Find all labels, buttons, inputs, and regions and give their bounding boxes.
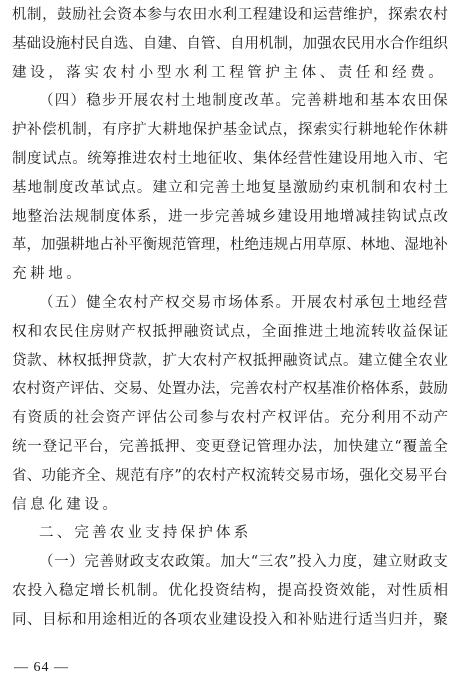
char: 包 bbox=[370, 292, 385, 314]
char: 强 bbox=[56, 234, 71, 256]
char: 抵 bbox=[152, 321, 167, 343]
char: 施 bbox=[56, 33, 71, 55]
char: 础 bbox=[27, 33, 42, 55]
char: 改 bbox=[244, 90, 259, 112]
char: 办 bbox=[186, 378, 201, 400]
char: ， bbox=[283, 119, 298, 141]
char: 农 bbox=[43, 321, 58, 343]
text-line: 制度试点。统筹推进农村土地征收、集体经营性建设用地入市、宅 bbox=[12, 148, 448, 177]
text-line: 革，加强耕地占补平衡规范管理，杜绝违规占用草原、林地、湿地补 bbox=[12, 234, 448, 263]
char: ） bbox=[69, 551, 84, 573]
char: 标 bbox=[57, 609, 72, 631]
char: 革 bbox=[260, 90, 275, 112]
char: 范 bbox=[130, 465, 145, 487]
char: 社 bbox=[87, 4, 102, 26]
char: 设 bbox=[293, 206, 308, 228]
char: 农 bbox=[402, 90, 417, 112]
char: 用 bbox=[87, 609, 102, 631]
char: 台 bbox=[433, 465, 448, 487]
line-7: 地整治法规制度体系，进一步完善城乡建设用地增减挂钩试点改 bbox=[12, 206, 448, 228]
char: 用 bbox=[358, 148, 373, 170]
char: 融 bbox=[184, 321, 199, 343]
char: 善 bbox=[134, 436, 149, 458]
char: 权 bbox=[12, 321, 27, 343]
char: 省 bbox=[12, 465, 27, 487]
char: 鼓 bbox=[57, 4, 72, 26]
char: 会 bbox=[90, 407, 105, 429]
char: 立 bbox=[388, 551, 403, 573]
char: 。 bbox=[343, 350, 358, 372]
char: 分 bbox=[355, 407, 370, 429]
char: 长 bbox=[106, 580, 121, 602]
char: 筹 bbox=[102, 148, 117, 170]
char: 机 bbox=[57, 119, 72, 141]
char: 度 bbox=[27, 148, 42, 170]
section-paragraph-start: （四）稳步开展农村土地制度改革。完善耕地和基本农田保 bbox=[12, 90, 448, 119]
char: ” bbox=[289, 551, 296, 573]
char: 系 bbox=[390, 378, 405, 400]
char: 民 bbox=[59, 321, 74, 343]
char: 序 bbox=[117, 119, 132, 141]
char: 转 bbox=[271, 465, 286, 487]
char: 。 bbox=[275, 292, 290, 314]
char: 财 bbox=[115, 551, 130, 573]
char: 土 bbox=[386, 292, 401, 314]
char: 自 bbox=[186, 33, 201, 55]
char: 补 bbox=[298, 609, 313, 631]
char: ， bbox=[152, 206, 167, 228]
char: 途 bbox=[102, 609, 117, 631]
char: 公 bbox=[168, 407, 183, 429]
char: 基 bbox=[317, 378, 332, 400]
char: ， bbox=[404, 378, 419, 400]
char: 能 bbox=[355, 580, 370, 602]
char: 农 bbox=[160, 551, 175, 573]
char: 评 bbox=[137, 407, 152, 429]
char: 合 bbox=[390, 33, 405, 55]
char: 资 bbox=[117, 4, 132, 26]
char: 点 bbox=[268, 119, 283, 141]
char: 款 bbox=[27, 350, 42, 372]
section-heading: 二、完善农业支持保护体系 bbox=[12, 522, 448, 551]
char: 产 bbox=[288, 378, 303, 400]
char: ， bbox=[87, 119, 102, 141]
char: 点 bbox=[231, 321, 246, 343]
char: 管 bbox=[186, 234, 201, 256]
char: 用 bbox=[303, 234, 318, 256]
char: 违 bbox=[259, 234, 274, 256]
char: 提 bbox=[277, 580, 292, 602]
char: 用 bbox=[245, 33, 260, 55]
char: ， bbox=[262, 580, 277, 602]
char: 产 bbox=[223, 350, 238, 372]
char: 的 bbox=[147, 609, 162, 631]
line-8: 革，加强耕地占补平衡规范管理，杜绝违规占用草原、林地、湿地补 bbox=[12, 234, 448, 256]
char: 产 bbox=[226, 465, 241, 487]
char: 押 bbox=[268, 350, 283, 372]
char: 制 bbox=[137, 580, 152, 602]
char: ， bbox=[318, 436, 333, 458]
char: 健 bbox=[86, 292, 101, 314]
char: 齐 bbox=[71, 465, 86, 487]
char: 入 bbox=[388, 148, 403, 170]
char: 抵 bbox=[150, 436, 165, 458]
char: 用 bbox=[387, 407, 402, 429]
char: ， bbox=[147, 350, 162, 372]
char: 行 bbox=[343, 119, 358, 141]
char: 、 bbox=[27, 609, 42, 631]
char: 易 bbox=[197, 292, 212, 314]
char: 变 bbox=[196, 436, 211, 458]
char: 易 bbox=[300, 465, 315, 487]
line-18: 二、完善农业支持保护体系 bbox=[39, 525, 251, 541]
char: 进 bbox=[328, 609, 343, 631]
char: 村 bbox=[162, 148, 177, 170]
char: 全 bbox=[403, 350, 418, 372]
char: 林 bbox=[57, 350, 72, 372]
char: 钩 bbox=[387, 206, 402, 228]
char: 一 bbox=[184, 206, 199, 228]
char: 工 bbox=[238, 4, 253, 26]
char: 革 bbox=[12, 234, 27, 256]
char: 耕 bbox=[70, 234, 85, 256]
char: 全 bbox=[102, 292, 117, 314]
char: 稳 bbox=[86, 90, 101, 112]
char: 、 bbox=[418, 148, 433, 170]
char: 有 bbox=[12, 407, 27, 429]
char: 机 bbox=[121, 580, 136, 602]
char: 动 bbox=[418, 407, 433, 429]
char: 盖 bbox=[418, 436, 433, 458]
char: 、 bbox=[27, 465, 42, 487]
char: 补 bbox=[433, 234, 448, 256]
line-11: 权和农民住房财产权抵押融资试点，全面推进土地流转收益保证 bbox=[12, 321, 448, 343]
char: 相 bbox=[433, 580, 448, 602]
char: （ bbox=[39, 292, 54, 314]
char: 城 bbox=[246, 206, 261, 228]
char: 善 bbox=[215, 177, 230, 199]
char: 本 bbox=[132, 4, 147, 26]
char: 管 bbox=[257, 436, 272, 458]
char: 产 bbox=[433, 407, 448, 429]
char: 并 bbox=[403, 609, 418, 631]
char: 步 bbox=[102, 90, 117, 112]
char: 制 bbox=[212, 90, 227, 112]
char: 林 bbox=[361, 234, 376, 256]
line-15: 统一登记平台，完善抵押、变更登记管理办法，加快建立“覆盖全 bbox=[12, 436, 448, 458]
char: 经 bbox=[283, 148, 298, 170]
char: 流 bbox=[355, 321, 370, 343]
char: 基 bbox=[12, 33, 27, 55]
char: 体 bbox=[375, 378, 390, 400]
char: 征 bbox=[208, 148, 223, 170]
char: 财 bbox=[106, 321, 121, 343]
char: ， bbox=[215, 378, 230, 400]
char: 开 bbox=[118, 90, 133, 112]
char: 大 bbox=[178, 350, 193, 372]
char: 村 bbox=[165, 90, 180, 112]
char: 支 bbox=[145, 551, 160, 573]
text-line: 贷款、林权抵押贷款，扩大农村产权抵押融资试点。建立健全农业 bbox=[12, 350, 448, 379]
char: 、 bbox=[99, 378, 114, 400]
char: 加 bbox=[41, 234, 56, 256]
char: 步 bbox=[199, 206, 214, 228]
char: 记 bbox=[58, 436, 73, 458]
char: 实 bbox=[328, 119, 343, 141]
char: 交 bbox=[389, 465, 404, 487]
char: 各 bbox=[162, 609, 177, 631]
char: 不 bbox=[402, 407, 417, 429]
char: 三 bbox=[259, 551, 274, 573]
char: 建 bbox=[364, 436, 379, 458]
text-line: 农投入稳定增长机制。优化投资结构，提高投资效能，对性质相 bbox=[12, 580, 448, 609]
char: 平 bbox=[418, 465, 433, 487]
char: 扩 bbox=[132, 119, 147, 141]
char: 设 bbox=[41, 33, 56, 55]
char: 点 bbox=[57, 148, 72, 170]
char: ， bbox=[373, 4, 388, 26]
char: 立 bbox=[373, 350, 388, 372]
char: 民 bbox=[346, 33, 361, 55]
char: 化 bbox=[374, 465, 389, 487]
char: 地 bbox=[197, 90, 212, 112]
char: 收 bbox=[223, 148, 238, 170]
char: 近 bbox=[132, 609, 147, 631]
line-13: 农村资产评估、交易、处置办法，完善农村产权基准价格体系，鼓励 bbox=[12, 378, 448, 400]
char: 村 bbox=[418, 177, 433, 199]
char: 试 bbox=[313, 350, 328, 372]
char: 村 bbox=[70, 33, 85, 55]
text-line: 省、功能齐全、规范有序”的农村产权流转交易市场，强化交易平台 bbox=[12, 465, 448, 494]
char: 统 bbox=[12, 436, 27, 458]
char: 法 bbox=[201, 378, 216, 400]
char: 地 bbox=[28, 177, 43, 199]
char: 交 bbox=[285, 465, 300, 487]
char: 农 bbox=[323, 292, 338, 314]
char: 农 bbox=[332, 33, 347, 55]
char: 立 bbox=[168, 177, 183, 199]
char: 化 bbox=[184, 580, 199, 602]
char: 村 bbox=[246, 407, 261, 429]
char: 收 bbox=[387, 321, 402, 343]
line-10: （五）健全农村产权交易市场体系。开展农村承包土地经营 bbox=[39, 292, 448, 314]
line-1: 基础设施村民自选、自建、自管、自用机制，加强农民用水合作组织 bbox=[12, 33, 448, 55]
char: 耕 bbox=[323, 90, 338, 112]
char: 功 bbox=[42, 465, 57, 487]
char: 作 bbox=[404, 33, 419, 55]
char: ， bbox=[104, 436, 119, 458]
char: 力 bbox=[327, 551, 342, 573]
char: 地 bbox=[193, 148, 208, 170]
char: 励 bbox=[309, 177, 324, 199]
char: 村 bbox=[27, 378, 42, 400]
char: 产 bbox=[121, 321, 136, 343]
char: 平 bbox=[73, 436, 88, 458]
line-20: 农投入稳定增长机制。优化投资结构，提高投资效能，对性质相 bbox=[12, 580, 448, 602]
char: 款 bbox=[132, 350, 147, 372]
char: 建 bbox=[277, 206, 292, 228]
char: 村 bbox=[274, 378, 289, 400]
char: 农 bbox=[178, 4, 193, 26]
char: 试 bbox=[215, 321, 230, 343]
char: 地 bbox=[85, 234, 100, 256]
char: 进 bbox=[132, 148, 147, 170]
char: 产 bbox=[56, 378, 71, 400]
char: 建 bbox=[358, 350, 373, 372]
char: 同 bbox=[12, 609, 27, 631]
char: 全 bbox=[86, 465, 101, 487]
char: 资 bbox=[324, 580, 339, 602]
char: 整 bbox=[28, 206, 43, 228]
char: 利 bbox=[371, 407, 386, 429]
char: 与 bbox=[215, 407, 230, 429]
char: 估 bbox=[309, 407, 324, 429]
char: 投 bbox=[253, 609, 268, 631]
char: 登 bbox=[226, 436, 241, 458]
char: 约 bbox=[324, 177, 339, 199]
char: 耕 bbox=[433, 119, 448, 141]
char: 保 bbox=[433, 90, 448, 112]
char: 性 bbox=[313, 148, 328, 170]
char: 增 bbox=[340, 206, 355, 228]
char: 点 bbox=[418, 206, 433, 228]
char: 农 bbox=[12, 580, 27, 602]
char: 推 bbox=[117, 148, 132, 170]
char: 绝 bbox=[245, 234, 260, 256]
line-6: 基地制度改革试点。建立和完善土地复垦激励约束机制和农村土 bbox=[12, 177, 448, 199]
char: 轮 bbox=[388, 119, 403, 141]
char: ， bbox=[418, 609, 433, 631]
char: 、 bbox=[390, 234, 405, 256]
char: 充 bbox=[340, 407, 355, 429]
char: 程 bbox=[253, 4, 268, 26]
char: 推 bbox=[293, 321, 308, 343]
char: 融 bbox=[283, 350, 298, 372]
char: 聚 bbox=[433, 609, 448, 631]
char: 设 bbox=[343, 148, 358, 170]
char: ， bbox=[27, 234, 42, 256]
char: 护 bbox=[358, 4, 373, 26]
char: 革 bbox=[90, 177, 105, 199]
char: 保 bbox=[418, 321, 433, 343]
char: 抵 bbox=[253, 350, 268, 372]
char: 一 bbox=[27, 436, 42, 458]
line-9: 充耕地。 bbox=[12, 266, 84, 282]
char: 理 bbox=[272, 436, 287, 458]
char: 质 bbox=[418, 580, 433, 602]
char: 政 bbox=[418, 551, 433, 573]
char: 进 bbox=[168, 206, 183, 228]
char: 估 bbox=[85, 378, 100, 400]
char: 民 bbox=[85, 33, 100, 55]
char: 村 bbox=[212, 465, 227, 487]
char: 加 bbox=[303, 33, 318, 55]
char: 自 bbox=[143, 33, 158, 55]
char: 优 bbox=[168, 580, 183, 602]
char: 。 bbox=[152, 580, 167, 602]
char: 房 bbox=[90, 321, 105, 343]
char: 设 bbox=[238, 609, 253, 631]
char: 有 bbox=[102, 119, 117, 141]
char: 业 bbox=[208, 609, 223, 631]
char: 产 bbox=[121, 407, 136, 429]
char: 面 bbox=[277, 321, 292, 343]
char: 制 bbox=[43, 177, 58, 199]
char: 和 bbox=[28, 321, 43, 343]
text-line: 有资质的社会资产评估公司参与农村产权评估。充分利用不动产 bbox=[12, 407, 448, 436]
char: 一 bbox=[54, 551, 69, 573]
char: 益 bbox=[402, 321, 417, 343]
char: 覆 bbox=[403, 436, 418, 458]
char: 偿 bbox=[42, 119, 57, 141]
char: 快 bbox=[349, 436, 364, 458]
char: 垦 bbox=[277, 177, 292, 199]
char: 扩 bbox=[162, 350, 177, 372]
char: 村 bbox=[433, 4, 448, 26]
char: 运 bbox=[313, 4, 328, 26]
char: 规 bbox=[274, 234, 289, 256]
char: 点 bbox=[121, 177, 136, 199]
char: 耕 bbox=[358, 119, 373, 141]
char: 资 bbox=[199, 321, 214, 343]
char: 地 bbox=[324, 206, 339, 228]
char: 试 bbox=[42, 148, 57, 170]
char: 村 bbox=[208, 350, 223, 372]
char: 制 bbox=[72, 119, 87, 141]
char: 增 bbox=[90, 580, 105, 602]
char: 范 bbox=[172, 234, 187, 256]
char: 的 bbox=[182, 465, 197, 487]
char: 投 bbox=[28, 580, 43, 602]
char: 支 bbox=[433, 551, 448, 573]
char: 和 bbox=[283, 609, 298, 631]
char: 资 bbox=[298, 350, 313, 372]
text-line: 地整治法规制度体系，进一步完善城乡建设用地增减挂钩试点改 bbox=[12, 206, 448, 235]
char: 建 bbox=[373, 551, 388, 573]
char: 农 bbox=[274, 551, 289, 573]
char: 地 bbox=[246, 177, 261, 199]
char: 归 bbox=[388, 609, 403, 631]
char: 规 bbox=[115, 465, 130, 487]
char: 更 bbox=[211, 436, 226, 458]
char: 入 bbox=[312, 551, 327, 573]
char: 体 bbox=[268, 148, 283, 170]
char: 基 bbox=[12, 177, 27, 199]
char: 资 bbox=[215, 580, 230, 602]
char: 休 bbox=[418, 119, 433, 141]
char: 地 bbox=[375, 234, 390, 256]
char: 投 bbox=[297, 551, 312, 573]
char: 投 bbox=[199, 580, 214, 602]
char: 善 bbox=[231, 206, 246, 228]
char: 体 bbox=[121, 206, 136, 228]
char: 维 bbox=[343, 4, 358, 26]
char: 展 bbox=[307, 292, 322, 314]
char: 自 bbox=[230, 33, 245, 55]
char: 用 bbox=[309, 206, 324, 228]
text-line: 权和农民住房财产权抵押融资试点，全面推进土地流转收益保证 bbox=[12, 321, 448, 350]
char: 和 bbox=[387, 177, 402, 199]
char: 护 bbox=[12, 119, 27, 141]
line-0: 机制，鼓励社会资本参与农田水利工程建设和运营维护，探索农村 bbox=[12, 4, 448, 26]
char: 对 bbox=[387, 580, 402, 602]
char: 利 bbox=[223, 4, 238, 26]
char: 场 bbox=[228, 292, 243, 314]
line-19: （一）完善财政支农政策。加大“三农”投入力度，建立财政支 bbox=[39, 551, 448, 573]
char: 能 bbox=[56, 465, 71, 487]
char: 产 bbox=[262, 407, 277, 429]
char: 度 bbox=[342, 551, 357, 573]
